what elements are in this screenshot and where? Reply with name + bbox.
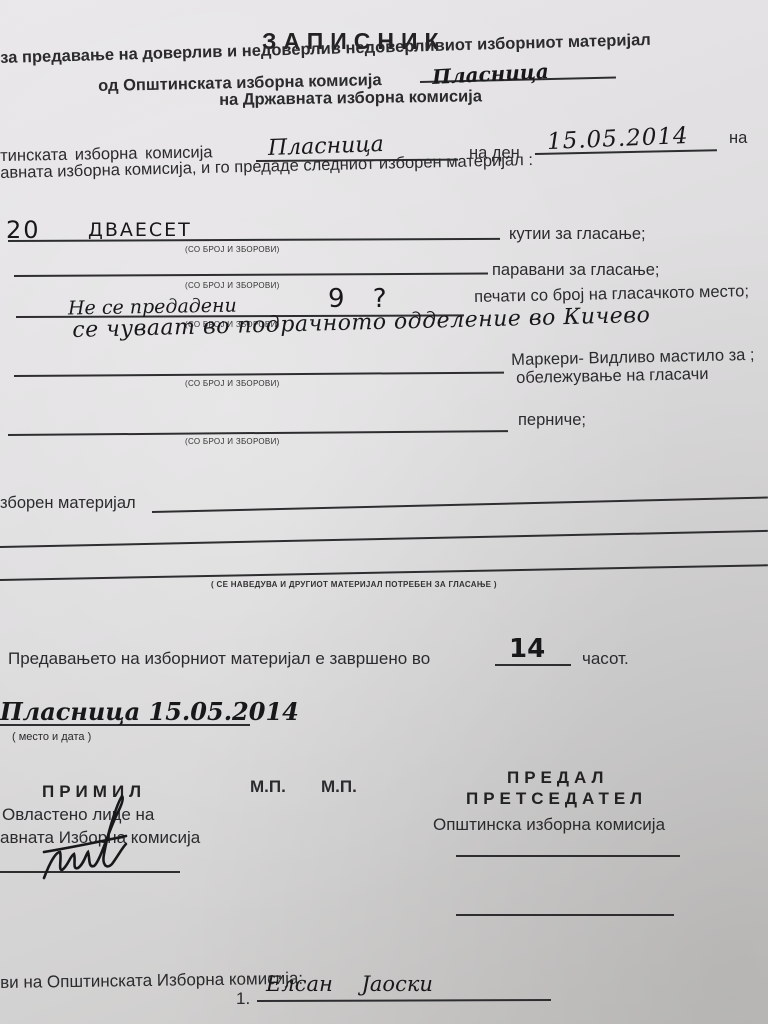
place-date-handwritten[interactable]: Пласница 15.05.2014 — [0, 697, 299, 726]
other-material-caption: ( СЕ НАВЕДУВА И ДРУГИОТ МАТЕРИЈАЛ ПОТРЕБ… — [211, 580, 497, 589]
member-1-handwritten-name[interactable]: Елсан Јаоски — [266, 972, 433, 996]
ink-pad-field-line — [8, 430, 508, 436]
voting-screens-field-line — [14, 273, 488, 277]
member-1-signature-line — [257, 999, 551, 1002]
voting-screens-label: паравани за гласање; — [492, 261, 660, 280]
ballot-boxes-handwritten-words[interactable]: ДВАЕСЕТ — [88, 219, 192, 241]
document-subtitle-line3: на Државната изборна комисија — [219, 87, 482, 110]
completion-hour-line — [495, 664, 571, 666]
markers-field-line — [14, 372, 504, 377]
stamp-placeholder-2: М.П. — [321, 777, 357, 797]
members-label: ви на Општинската Изборна комисија: — [0, 969, 303, 993]
member-1-number: 1. — [236, 989, 250, 1009]
handed-chairman-heading: ПРЕТСЕДАТЕЛ — [466, 789, 647, 809]
markers-caption: (СО БРОЈ И ЗБОРОВИ) — [185, 379, 280, 388]
place-date-caption: ( место и дата ) — [12, 731, 91, 743]
completion-prefix: Предавањето на изборниот материјал е зав… — [8, 649, 430, 669]
ballot-boxes-handwritten-number[interactable]: 20 — [6, 216, 41, 244]
other-material-line2 — [0, 530, 768, 548]
ink-pad-label: перниче; — [518, 411, 586, 430]
voting-screens-caption: (СО БРОЈ И ЗБОРОВИ) — [185, 281, 280, 290]
markers-label-line2: обележување на гласачи — [516, 365, 709, 388]
ballot-boxes-caption: (СО БРОЈ И ЗБОРОВИ) — [185, 245, 280, 254]
received-signature[interactable] — [38, 792, 138, 888]
handed-commission-label: Општинска изборна комисија — [433, 815, 665, 835]
commission-handwritten-header[interactable]: Пласница — [431, 59, 549, 89]
ballot-boxes-label: кутии за гласање; — [509, 225, 646, 244]
handed-signature-line1 — [456, 855, 680, 857]
other-material-line1 — [152, 496, 768, 512]
handed-signature-line2 — [456, 914, 674, 916]
ballot-boxes-field-line — [8, 238, 500, 242]
completion-suffix: часот. — [582, 649, 629, 669]
completion-handwritten-hour[interactable]: 14 — [509, 634, 545, 664]
other-material-line3 — [0, 564, 768, 580]
ink-pad-caption: (СО БРОЈ И ЗБОРОВИ) — [185, 437, 280, 446]
other-material-label: зборен материјал — [0, 494, 136, 513]
intro-line1-suffix: на — [729, 129, 747, 148]
handed-heading: ПРЕДАЛ — [507, 768, 608, 788]
stamp-placeholder-1: М.П. — [250, 777, 286, 797]
